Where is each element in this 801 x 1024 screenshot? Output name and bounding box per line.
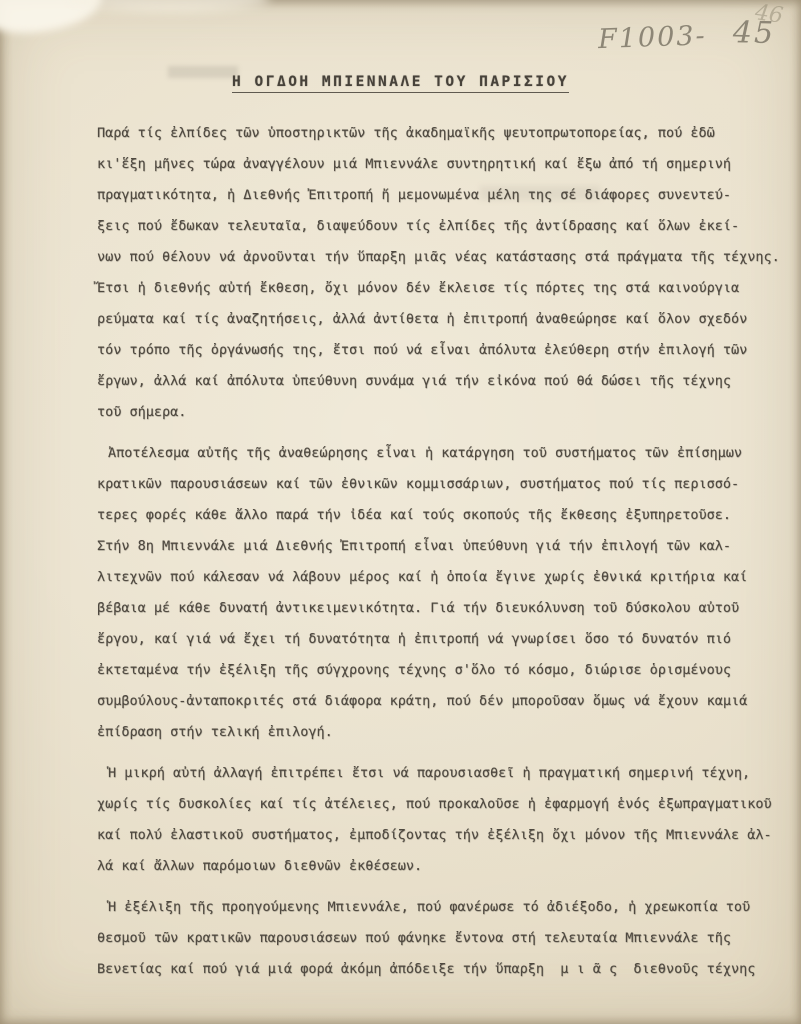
text-line: Ἡ ἐξέλιξη τῆς προηγούμενης Μπιεννάλε, πο… (97, 892, 789, 923)
document-body: Παρά τίς ἐλπίδες τῶν ὑποστηρικτῶν τῆς ἀκ… (97, 118, 789, 985)
text-line: Ἡ μικρή αὐτή ἀλλαγή ἐπιτρέπει ἔτσι νά πα… (97, 758, 789, 789)
text-line: λά καί ἄλλων παρόμοιων διεθνῶν ἐκθέσεων. (97, 851, 789, 882)
text-line: λιτεχνῶν πού κάλεσαν νά λάβουν μέρος καί… (97, 562, 789, 593)
text-line: βέβαια μέ κάθε δυνατή ἀντικειμενικότητα.… (97, 593, 789, 624)
paragraph: Ἡ ἐξέλιξη τῆς προηγούμενης Μπιεννάλε, πο… (97, 892, 789, 985)
page-number: 45 (732, 15, 775, 51)
text-line: Ἔτσι ἡ διεθνής αὐτή ἔκθεση, ὄχι μόνον δέ… (97, 273, 789, 304)
text-line: νων πού θέλουν νά ἀρνοῦνται τήν ὕπαρξη μ… (97, 242, 789, 273)
text-line: τοῦ σήμερα. (97, 397, 789, 428)
text-line: ξεις πού ἔδωκαν τελευταῖα, διαψεύδουν τί… (97, 211, 789, 242)
text-line: πραγματικότητα, ἡ Διεθνής Ἐπιτροπή ἤ μεμ… (97, 180, 789, 211)
text-line: ρεύματα καί τίς ἀναζητήσεις, ἀλλά ἀντίθε… (97, 304, 789, 335)
archive-annotation: F1003-45 (597, 15, 775, 56)
text-line: κι'ἕξη μῆνες τώρα ἀναγγέλουν μιά Μπιεννά… (97, 149, 789, 180)
paragraph: Ἡ μικρή αὐτή ἀλλαγή ἐπιτρέπει ἔτσι νά πα… (97, 758, 789, 882)
paper-light-streak (70, 0, 270, 12)
text-line: τόν τρόπο τῆς ὀργάνωσής της, ἔτσι πού νά… (97, 335, 789, 366)
text-line: Ἀποτέλεσμα αὐτῆς τῆς ἀναθεώρησης εἶναι ἡ… (97, 438, 789, 469)
text-line: ἔργου, καί γιά νά ἔχει τή δυνατότητα ἡ ἐ… (97, 624, 789, 655)
text-line: ἔργων, ἀλλά καί ἀπόλυτα ὑπεύθυνη συνάμα … (97, 366, 789, 397)
text-line: ἐκτεταμένα τήν ἐξέλιξη τῆς σύγχρονης τέχ… (97, 655, 789, 686)
scanned-document-page: 46 F1003-45 Η ΟΓΔΟΗ ΜΠΙΕΝΝΑΛΕ ΤΟΥ ΠΑΡΙΣΙ… (0, 0, 801, 1024)
document-title: Η ΟΓΔΟΗ ΜΠΙΕΝΝΑΛΕ ΤΟΥ ΠΑΡΙΣΙΟΥ (0, 74, 801, 90)
archive-code: F1003- (598, 20, 708, 55)
text-line: κρατικῶν παρουσιάσεων καί τῶν ἐθνικῶν κο… (97, 469, 789, 500)
text-line: θεσμοῦ τῶν κρατικῶν παρουσιάσεων πού φάν… (97, 923, 789, 954)
text-line: τερες φορές κάθε ἄλλο παρά τήν ἰδέα καί … (97, 500, 789, 531)
text-line: χωρίς τίς δυσκολίες καί τίς ἀτέλειες, πο… (97, 789, 789, 820)
text-line: Βενετίας καί πού γιά μιά φορά ἀκόμη ἀπόδ… (97, 954, 789, 985)
text-line: συμβούλους-ἀνταποκριτές στά διάφορα κράτ… (97, 686, 789, 717)
paragraph: Ἀποτέλεσμα αὐτῆς τῆς ἀναθεώρησης εἶναι ἡ… (97, 438, 789, 748)
text-line: καί πολύ ἐλαστικοῦ συστήματος, ἐμποδίζον… (97, 820, 789, 851)
text-line: ἐπίδραση στήν τελική ἐπιλογή. (97, 717, 789, 748)
document-title-text: Η ΟΓΔΟΗ ΜΠΙΕΝΝΑΛΕ ΤΟΥ ΠΑΡΙΣΙΟΥ (232, 74, 569, 93)
text-line: Στήν 8η Μπιεννάλε μιά Διεθνής Ἐπιτροπή ε… (97, 531, 789, 562)
text-line: Παρά τίς ἐλπίδες τῶν ὑποστηρικτῶν τῆς ἀκ… (97, 118, 789, 149)
paragraph: Παρά τίς ἐλπίδες τῶν ὑποστηρικτῶν τῆς ἀκ… (97, 118, 789, 428)
